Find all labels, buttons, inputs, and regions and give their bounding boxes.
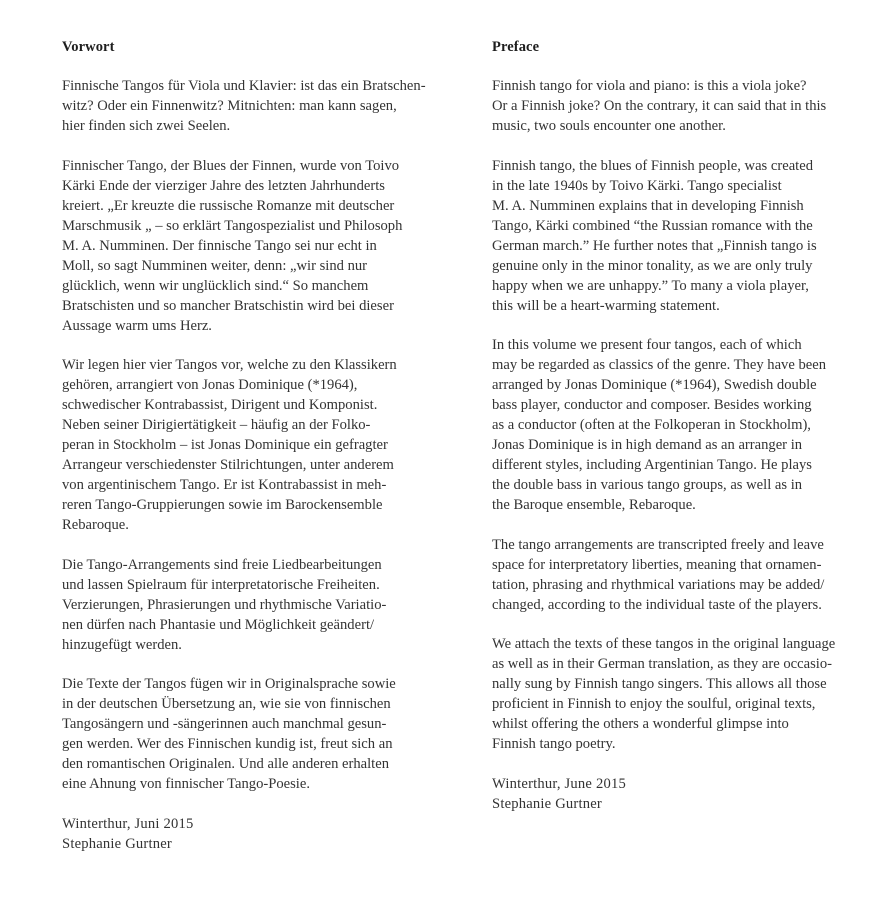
text-line: reren Tango-Gruppierungen sowie im Baroc… xyxy=(62,495,452,515)
text-line: changed, according to the individual tas… xyxy=(492,595,882,615)
text-line: proficient in Finnish to enjoy the soulf… xyxy=(492,694,882,714)
german-paragraph-4: Die Tango-Arrangements sind freie Liedbe… xyxy=(62,555,452,655)
text-line: Moll, so sagt Numminen weiter, denn: „wi… xyxy=(62,256,452,276)
english-paragraph-2: Finnish tango, the blues of Finnish peop… xyxy=(492,156,882,316)
signature-author: Stephanie Gurtner xyxy=(62,834,452,854)
english-preface-column: Preface Finnish tango for viola and pian… xyxy=(492,37,882,833)
text-line: Die Texte der Tangos fügen wir in Origin… xyxy=(62,674,452,694)
text-line: in the late 1940s by Toivo Kärki. Tango … xyxy=(492,176,882,196)
text-line: German march.” He further notes that „Fi… xyxy=(492,236,882,256)
english-paragraph-1: Finnish tango for viola and piano: is th… xyxy=(492,76,882,136)
text-line: this will be a heart-warming statement. xyxy=(492,296,882,316)
german-signature: Winterthur, Juni 2015 Stephanie Gurtner xyxy=(62,814,452,854)
text-line: Arrangeur verschiedenster Stilrichtungen… xyxy=(62,455,452,475)
text-line: as a conductor (often at the Folkoperan … xyxy=(492,415,882,435)
text-line: arranged by Jonas Dominique (*1964), Swe… xyxy=(492,375,882,395)
text-line: Verzierungen, Phrasierungen und rhythmis… xyxy=(62,595,452,615)
text-line: tation, phrasing and rhythmical variatio… xyxy=(492,575,882,595)
text-line: Neben seiner Dirigiertätigkeit – häufig … xyxy=(62,415,452,435)
text-line: nally sung by Finnish tango singers. Thi… xyxy=(492,674,882,694)
text-line: Kärki Ende der vierziger Jahre des letzt… xyxy=(62,176,452,196)
text-line: Finnish tango for viola and piano: is th… xyxy=(492,76,882,96)
text-line: In this volume we present four tangos, e… xyxy=(492,335,882,355)
german-paragraph-5: Die Texte der Tangos fügen wir in Origin… xyxy=(62,674,452,794)
text-line: as well as in their German translation, … xyxy=(492,654,882,674)
text-line: whilst offering the others a wonderful g… xyxy=(492,714,882,734)
text-line: the double bass in various tango groups,… xyxy=(492,475,882,495)
german-paragraph-2: Finnischer Tango, der Blues der Finnen, … xyxy=(62,156,452,336)
text-line: kreiert. „Er kreuzte die russische Roman… xyxy=(62,196,452,216)
text-line: glücklich, wenn wir unglücklich sind.“ S… xyxy=(62,276,452,296)
text-line: Bratschisten und so mancher Bratschistin… xyxy=(62,296,452,316)
english-paragraph-5: We attach the texts of these tangos in t… xyxy=(492,634,882,754)
text-line: und lassen Spielraum für interpretatoris… xyxy=(62,575,452,595)
german-paragraph-1: Finnische Tangos für Viola und Klavier: … xyxy=(62,76,452,136)
text-line: Jonas Dominique is in high demand as an … xyxy=(492,435,882,455)
text-line: Wir legen hier vier Tangos vor, welche z… xyxy=(62,355,452,375)
german-heading: Vorwort xyxy=(62,37,452,57)
english-paragraph-4: The tango arrangements are transcripted … xyxy=(492,535,882,615)
text-line: eine Ahnung von finnischer Tango-Poesie. xyxy=(62,774,452,794)
text-line: Die Tango-Arrangements sind freie Liedbe… xyxy=(62,555,452,575)
text-line: gen werden. Wer des Finnischen kundig is… xyxy=(62,734,452,754)
text-line: M. A. Numminen explains that in developi… xyxy=(492,196,882,216)
text-line: M. A. Numminen. Der finnische Tango sei … xyxy=(62,236,452,256)
text-line: happy when we are unhappy.” To many a vi… xyxy=(492,276,882,296)
text-line: Finnische Tangos für Viola und Klavier: … xyxy=(62,76,452,96)
text-line: hier finden sich zwei Seelen. xyxy=(62,116,452,136)
german-paragraph-3: Wir legen hier vier Tangos vor, welche z… xyxy=(62,355,452,535)
text-line: music, two souls encounter one another. xyxy=(492,116,882,136)
text-line: Aussage warm ums Herz. xyxy=(62,316,452,336)
text-line: nen dürfen nach Phantasie und Möglichkei… xyxy=(62,615,452,635)
text-line: may be regarded as classics of the genre… xyxy=(492,355,882,375)
text-line: different styles, including Argentinian … xyxy=(492,455,882,475)
text-line: the Baroque ensemble, Rebaroque. xyxy=(492,495,882,515)
german-preface-column: Vorwort Finnische Tangos für Viola und K… xyxy=(62,37,452,873)
text-line: den romantischen Originalen. Und alle an… xyxy=(62,754,452,774)
text-line: Or a Finnish joke? On the contrary, it c… xyxy=(492,96,882,116)
text-line: Rebaroque. xyxy=(62,515,452,535)
signature-author: Stephanie Gurtner xyxy=(492,794,882,814)
text-line: space for interpretatory liberties, mean… xyxy=(492,555,882,575)
english-signature: Winterthur, June 2015 Stephanie Gurtner xyxy=(492,774,882,814)
english-paragraph-3: In this volume we present four tangos, e… xyxy=(492,335,882,515)
text-line: von argentinischem Tango. Er ist Kontrab… xyxy=(62,475,452,495)
text-line: Tangosängern und -sängerinnen auch manch… xyxy=(62,714,452,734)
text-line: Tango, Kärki combined “the Russian roman… xyxy=(492,216,882,236)
english-heading: Preface xyxy=(492,37,882,57)
text-line: in der deutschen Übersetzung an, wie sie… xyxy=(62,694,452,714)
text-line: witz? Oder ein Finnenwitz? Mitnichten: m… xyxy=(62,96,452,116)
text-line: Finnischer Tango, der Blues der Finnen, … xyxy=(62,156,452,176)
text-line: Marschmusik „ – so erklärt Tangospeziali… xyxy=(62,216,452,236)
text-line: The tango arrangements are transcripted … xyxy=(492,535,882,555)
text-line: gehören, arrangiert von Jonas Dominique … xyxy=(62,375,452,395)
text-line: schwedischer Kontrabassist, Dirigent und… xyxy=(62,395,452,415)
text-line: We attach the texts of these tangos in t… xyxy=(492,634,882,654)
text-line: Finnish tango, the blues of Finnish peop… xyxy=(492,156,882,176)
text-line: peran in Stockholm – ist Jonas Dominique… xyxy=(62,435,452,455)
text-line: bass player, conductor and composer. Bes… xyxy=(492,395,882,415)
text-line: hinzugefügt werden. xyxy=(62,635,452,655)
text-line: Finnish tango poetry. xyxy=(492,734,882,754)
signature-place-date: Winterthur, Juni 2015 xyxy=(62,814,452,834)
signature-place-date: Winterthur, June 2015 xyxy=(492,774,882,794)
text-line: genuine only in the minor tonality, as w… xyxy=(492,256,882,276)
